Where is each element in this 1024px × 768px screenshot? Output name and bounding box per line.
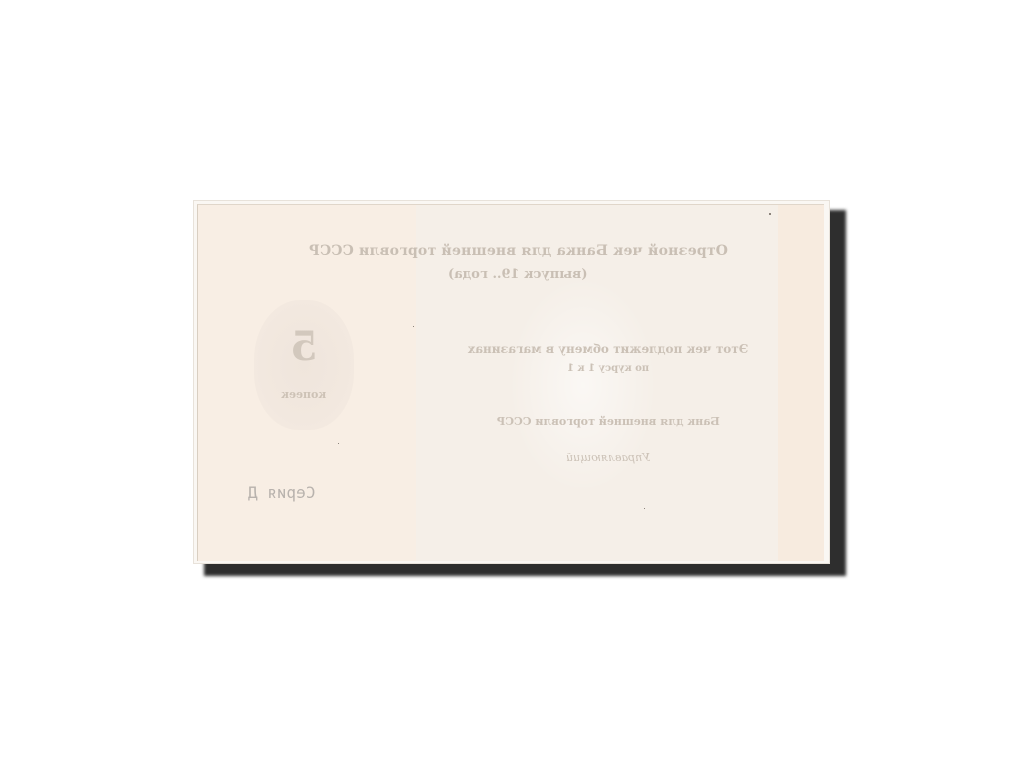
signature-line: Управляющий (428, 451, 788, 464)
banknote: Отрезной чек Банка для внешней торговли … (197, 204, 824, 561)
center-text-line-3: Банк для внешней торговли СССР (428, 415, 788, 428)
center-text-line-2: по курсу 1 к 1 (428, 363, 788, 374)
paper-speck (644, 508, 645, 509)
right-margin-panel (778, 205, 824, 561)
denomination-value: 5 (258, 323, 350, 370)
serial-label: Серия Д (248, 483, 315, 502)
header-line-1: Отрезной чек Банка для внешней торговли … (258, 243, 778, 259)
header-line-2: (выпуск 19.. года) (258, 267, 778, 282)
paper-speck (413, 326, 414, 327)
denomination-unit: копеек (258, 388, 350, 401)
center-text-line-1: Этот чек подлежит обмену в магазинах (428, 342, 788, 356)
paper-speck (338, 443, 339, 444)
paper-speck (769, 213, 771, 215)
